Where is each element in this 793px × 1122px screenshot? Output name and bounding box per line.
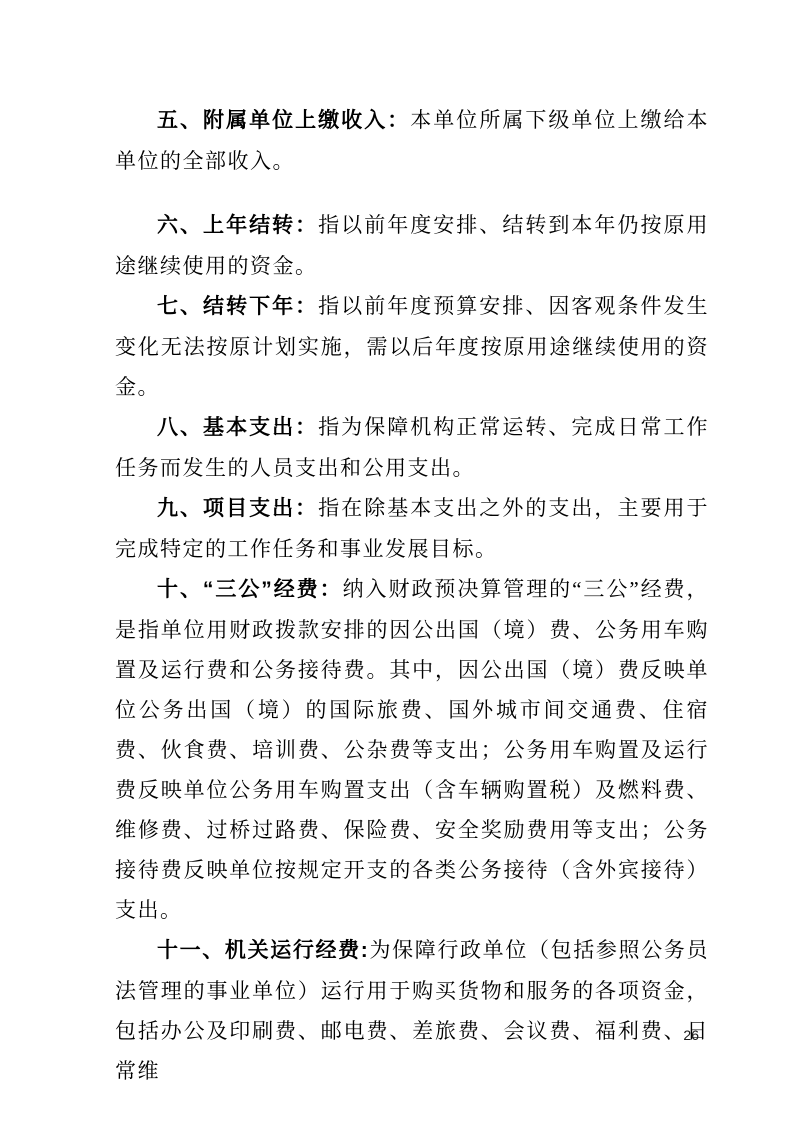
definition-text: 纳入财政预决算管理的“三公”经费，是指单位用财政拨款安排的因公出国（境）费、公务…	[115, 577, 709, 922]
term-label-affiliated-unit-income: 五、附属单位上缴收入：	[157, 109, 410, 132]
term-label-project-expenditure: 九、项目支出：	[157, 497, 318, 520]
document-body: 五、附属单位上缴收入：本单位所属下级单位上缴给本单位的全部收入。 六、上年结转：…	[115, 100, 709, 1091]
page-number: 26	[683, 1028, 699, 1042]
term-label-carryover-to-next-year: 七、结转下年：	[157, 295, 318, 318]
definition-paragraph-5: 五、附属单位上缴收入：本单位所属下级单位上缴给本单位的全部收入。	[115, 100, 709, 181]
term-label-agency-operating-funds: 十一、机关运行经费:	[157, 939, 369, 962]
definition-paragraph-8: 八、基本支出：指为保障机构正常运转、完成日常工作任务而发生的人员支出和公用支出。	[115, 407, 709, 488]
definition-paragraph-11: 十一、机关运行经费:为保障行政单位（包括参照公务员法管理的事业单位）运行用于购买…	[115, 930, 709, 1091]
definition-paragraph-9: 九、项目支出：指在除基本支出之外的支出，主要用于完成特定的工作任务和事业发展目标…	[115, 488, 709, 569]
definition-paragraph-10: 十、“三公”经费：纳入财政预决算管理的“三公”经费，是指单位用财政拨款安排的因公…	[115, 569, 709, 930]
term-label-three-public-funds: 十、“三公”经费：	[157, 578, 343, 601]
term-label-carryover-from-prior-year: 六、上年结转：	[157, 214, 318, 237]
term-label-basic-expenditure: 八、基本支出：	[157, 416, 318, 439]
document-page: 五、附属单位上缴收入：本单位所属下级单位上缴给本单位的全部收入。 六、上年结转：…	[0, 0, 793, 1122]
definition-paragraph-7: 七、结转下年：指以前年度预算安排、因客观条件发生变化无法按原计划实施，需以后年度…	[115, 286, 709, 407]
definition-paragraph-6: 六、上年结转：指以前年度安排、结转到本年仍按原用途继续使用的资金。	[115, 205, 709, 286]
